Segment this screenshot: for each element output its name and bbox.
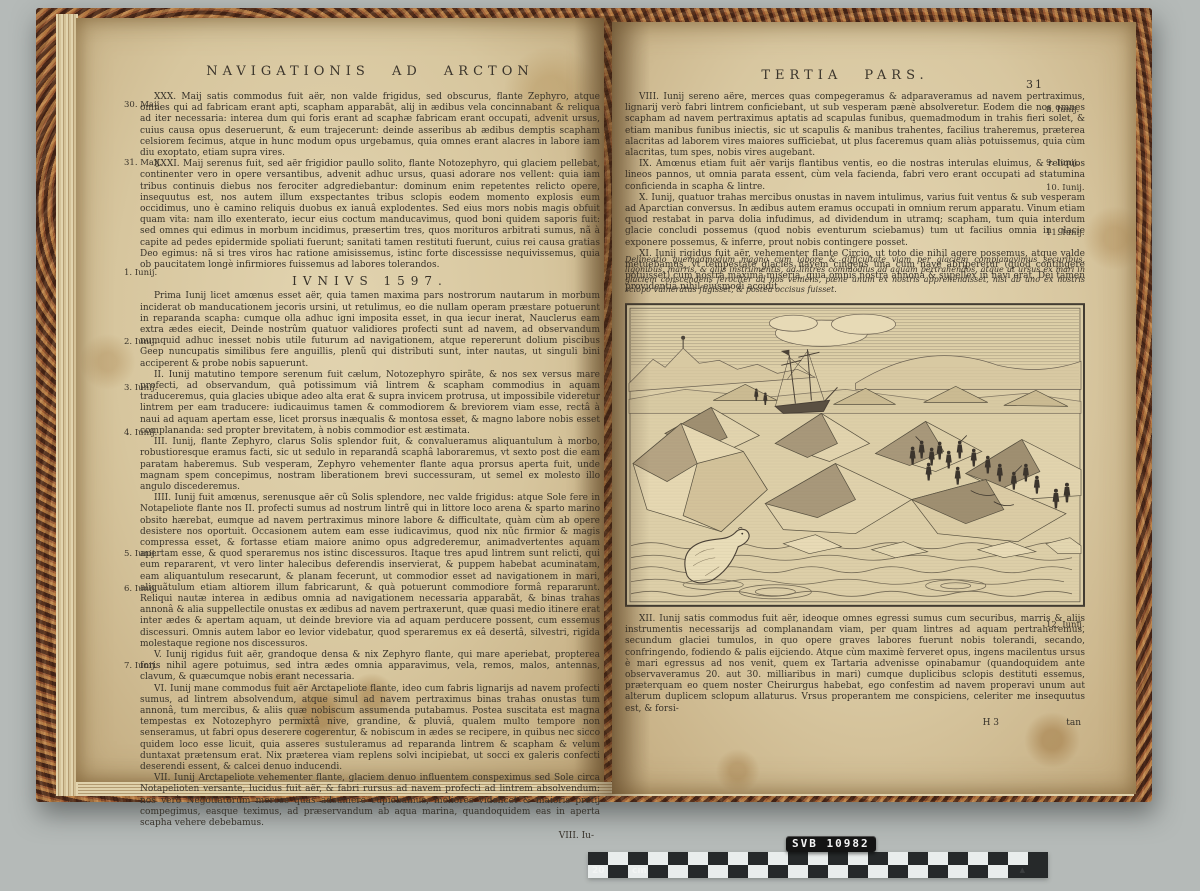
journal-entry: VI. Iunij mane commodus fuit aër Arctape… bbox=[140, 684, 600, 774]
journal-entry: VII. Iunij Arctapeliote vehementer flant… bbox=[140, 773, 600, 829]
section-heading: IVNIVS 1597. bbox=[140, 276, 600, 287]
signature-line: H 3 tan bbox=[625, 718, 1085, 729]
page-number: 31 bbox=[1026, 78, 1044, 91]
ruler-row-top bbox=[588, 852, 1048, 865]
running-head-right: TERTIA PARS. bbox=[625, 68, 1065, 83]
journal-entry: II. Iunij matutino tempore serenum fuit … bbox=[140, 370, 600, 437]
running-head-left: NAVIGATIONIS AD ARCTON bbox=[140, 64, 600, 79]
ruler-label-20: 20 bbox=[592, 866, 605, 876]
sky bbox=[631, 309, 1079, 367]
inventory-tag: SVB 10982 bbox=[786, 836, 876, 852]
catchword: VIII. Iu- bbox=[140, 831, 600, 842]
signature-mark: H 3 bbox=[983, 718, 999, 728]
catchword: tan bbox=[1066, 718, 1081, 729]
left-text-column: XXX. Maij satis commodus fuit aër, non v… bbox=[140, 92, 600, 842]
journal-entry: Prima Iunij licet amœnus esset aër, quia… bbox=[140, 291, 600, 369]
journal-entry: VIII. Iunij sereno aëre, merces quas com… bbox=[625, 92, 1085, 159]
right-text-column-bottom: XII. Iunij satis commodus fuit aër, ideo… bbox=[625, 614, 1085, 729]
photo-background: NAVIGATIONIS AD ARCTON 30. Maij. 31. Mai… bbox=[0, 0, 1200, 891]
scale-ruler: 20 cm ▲ bbox=[588, 852, 1048, 878]
arctic-engraving-image bbox=[625, 303, 1085, 607]
journal-entry: III. Iunij, flante Zephyro, clarus Solis… bbox=[140, 437, 600, 493]
ruler-label-cm: cm bbox=[632, 866, 647, 876]
engraving bbox=[625, 303, 1085, 607]
journal-entry: V. Iunij rigidus fuit aër, grandoque den… bbox=[140, 650, 600, 684]
open-book: NAVIGATIONIS AD ARCTON 30. Maij. 31. Mai… bbox=[36, 8, 1152, 802]
journal-entry: IIII. Iunij fuit amœnus, serenusque aër … bbox=[140, 493, 600, 650]
journal-entry: IX. Amœnus etiam fuit aër varijs flantib… bbox=[625, 159, 1085, 193]
journal-entry: X. Iunij, quatuor trahas mercibus onusta… bbox=[625, 193, 1085, 249]
journal-entry: XXX. Maij satis commodus fuit aër, non v… bbox=[140, 92, 600, 159]
ruler-row-bottom bbox=[588, 865, 1048, 878]
journal-entry: XXXI. Maij serenus fuit, sed aër frigidi… bbox=[140, 159, 600, 271]
left-page: NAVIGATIONIS AD ARCTON 30. Maij. 31. Mai… bbox=[76, 18, 604, 782]
journal-entry: XII. Iunij satis commodus fuit aër, ideo… bbox=[625, 614, 1085, 715]
engraving-caption: Delineatio quemadmodum magno cum labore … bbox=[625, 255, 1085, 295]
ruler-triangle-icon: ▲ bbox=[1020, 866, 1025, 874]
page-edges-fore-edge bbox=[56, 14, 78, 796]
right-page: TERTIA PARS. 31 8. Iunij. 9. Iunij. 10. … bbox=[612, 22, 1136, 794]
